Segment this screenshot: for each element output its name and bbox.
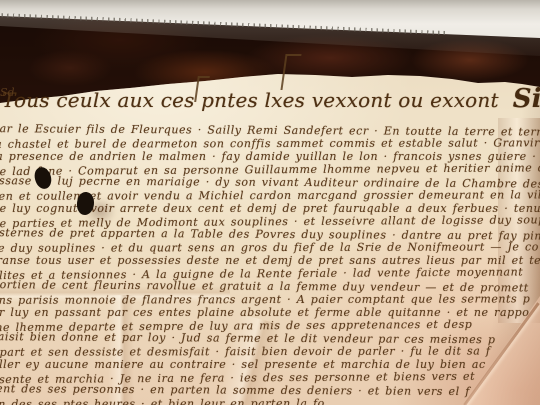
manuscript-line: e part et sen dessiste et desmisfait · f… <box>0 344 540 359</box>
opening-line: Tous ceulx aux ces pntes lxes vexxont ou… <box>2 84 540 114</box>
photo-of-parchment-charter: Tous ceulx aux ces pntes lxes vexxont ou… <box>0 0 540 405</box>
opening-line-text: Tous ceulx aux ces pntes lxes vexxont ou… <box>2 88 499 112</box>
manuscript-line: me duy souplines · et du quart sens an g… <box>0 240 540 255</box>
margin-mark: Sd <box>0 86 15 99</box>
manuscript-line: uins parisis monnoie de flandres francs … <box>0 292 540 307</box>
manuscript-line: ion des ses ptes heures · et bien leur e… <box>0 396 540 405</box>
opening-line-name: Simon Le Secq <box>513 84 540 114</box>
manuscript-line: du chastel et burel de dearmeton son con… <box>0 136 540 151</box>
